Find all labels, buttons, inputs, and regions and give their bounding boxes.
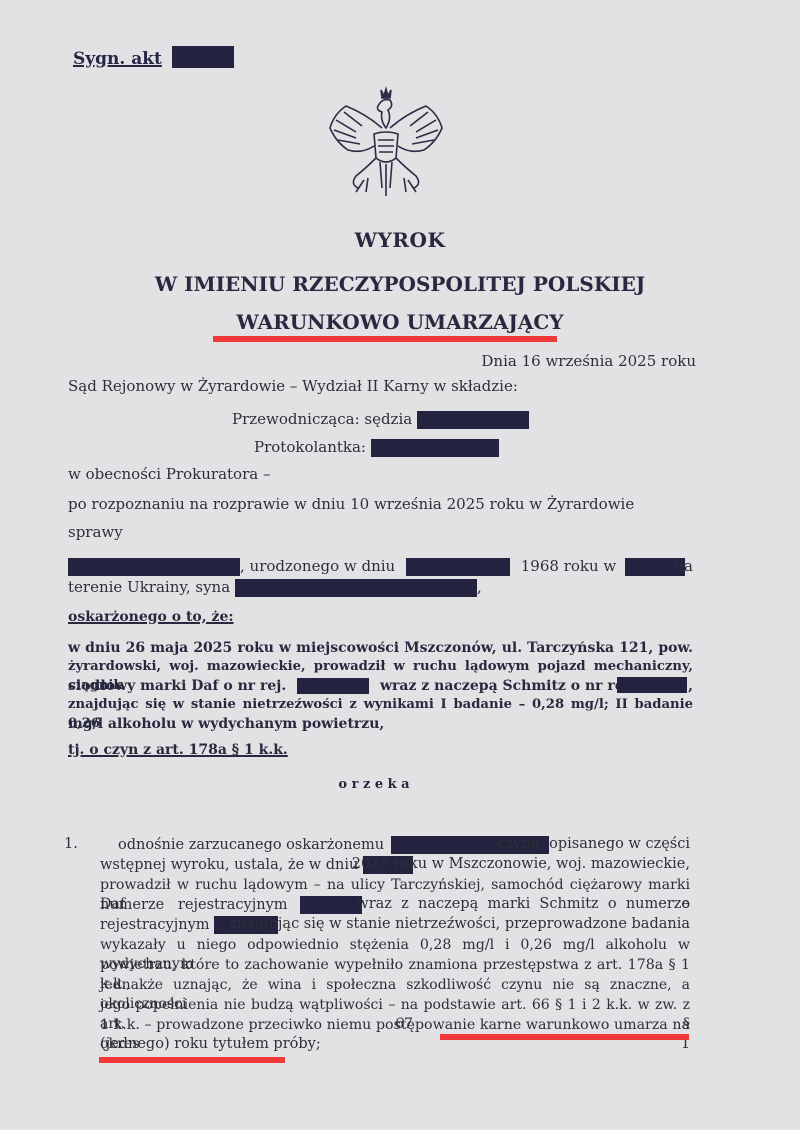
redacted-truck-plate: [300, 896, 362, 914]
ruling-text: czynu, opisanego w części: [497, 836, 690, 852]
redacted-birth-date: [406, 558, 510, 576]
charge-line-1: w dniu 26 maja 2025 roku w miejscowości …: [68, 639, 693, 658]
clerk-line: Protokolantka:: [254, 438, 499, 457]
prosecutor-line: w obecności Prokuratora –: [68, 465, 270, 483]
judgment-date: Dnia 16 września 2025 roku: [481, 352, 696, 370]
defendant-line-2: terenie Ukrainy, syna ,: [68, 578, 482, 597]
ruling-text: rejestracyjnym: [100, 917, 210, 933]
document-subtitle: W IMIENIU RZECZYPOSPOLITEJ POLSKIEJ: [0, 272, 800, 296]
ruling-highlight-underline-1: [440, 1034, 689, 1040]
charge-line-5: mg/l alkoholu w wydychanym powietrzu,: [68, 715, 384, 734]
charge-line-3: siodłowy marki Daf o nr rej. wraz z nacz…: [68, 677, 693, 696]
na-text: na: [674, 557, 693, 575]
ruling-text: odnośnie zarzucanego oskarżonemu: [118, 837, 384, 853]
redacted-father-name: [235, 579, 477, 597]
presiding-judge-label: Przewodnicząca: sędzia: [232, 410, 412, 428]
ruling-line-4: numerze rejestracyjnym wraz z naczepą ma…: [100, 896, 690, 914]
redacted-truck-plate: [297, 678, 369, 694]
defendant-line-1: , urodzonego w dniu 1968 roku w na: [68, 557, 693, 576]
ruling-text: wstępnej wyroku, ustala, że w dniu: [100, 857, 358, 873]
case-word: sprawy: [68, 523, 123, 541]
ruling-line-2: wstępnej wyroku, ustala, że w dniu 2025 …: [100, 856, 690, 874]
born-text: , urodzonego w dniu: [240, 557, 395, 575]
clerk-label: Protokolantka:: [254, 438, 366, 456]
case-signature-label: Sygn. akt: [73, 49, 162, 69]
ruling-line-11: (jednego) roku tytułem próby;: [100, 1036, 321, 1052]
parent-prefix: terenie Ukrainy, syna: [68, 578, 230, 596]
case-signature: Sygn. akt: [73, 46, 234, 69]
comma: ,: [688, 677, 693, 696]
presiding-judge-line: Przewodnicząca: sędzia: [232, 410, 529, 429]
judgment-type-highlight-underline: [213, 336, 557, 342]
charge-vehicle-text: siodłowy marki Daf o nr rej.: [68, 678, 286, 694]
ruling-text: , znajdując się w stanie nietrzeźwości, …: [220, 916, 690, 932]
ruling-text: wraz z naczepą marki Schmitz o numerze: [356, 896, 690, 912]
ruling-text: 2025 roku w Mszczonowie, woj. mazowiecki…: [352, 856, 690, 872]
redacted-trailer-plate: [617, 677, 687, 693]
ruling-line-5: rejestracyjnym , znajdując się w stanie …: [100, 916, 690, 934]
redacted-clerk-name: [371, 439, 499, 457]
charge-heading: oskarżonego o to, że:: [68, 608, 234, 627]
redacted-case-number: [172, 46, 234, 68]
polish-eagle-emblem-icon: [326, 84, 446, 200]
birth-year-text: 1968 roku w: [521, 557, 617, 575]
hearing-line: po rozpoznaniu na rozprawie w dniu 10 wr…: [68, 495, 634, 513]
charge-trailer-text: wraz z naczepą Schmitz o nr rej.: [380, 678, 634, 694]
court-composition: Sąd Rejonowy w Żyrardowie – Wydział II K…: [68, 377, 518, 395]
document-title: WYROK: [0, 228, 800, 252]
ruling-number: 1.: [64, 836, 78, 852]
ruling-text: numerze rejestracyjnym: [100, 897, 288, 913]
ruling-line-1: odnośnie zarzucanego oskarżonemu czynu, …: [118, 836, 690, 854]
redacted-judge-name: [417, 411, 529, 429]
redacted-defendant-name: [68, 558, 240, 576]
judgment-type: WARUNKOWO UMARZAJĄCY: [0, 310, 800, 334]
legal-basis: tj. o czyn z art. 178a § 1 k.k.: [68, 741, 288, 760]
comma: ,: [477, 578, 482, 596]
verdict-word: o r z e k a: [0, 776, 748, 795]
ruling-highlight-underline-2: [99, 1057, 285, 1063]
